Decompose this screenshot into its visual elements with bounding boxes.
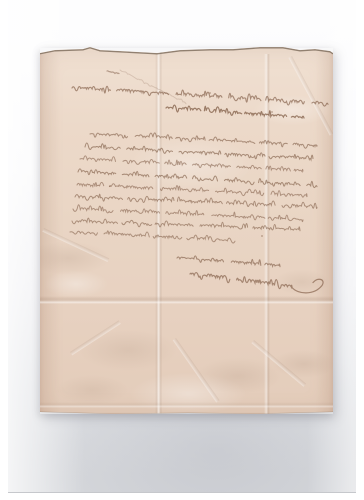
handwriting-line-signature [190,273,323,293]
handwriting-line-body [72,218,300,231]
handwriting-line-stray-dash [107,71,119,74]
handwriting-line-body [78,169,317,188]
handwriting-line-closing [177,256,280,267]
handwriting-line-body [73,205,303,222]
page-background: { "meta": { "artifact_description": "Pho… [0,0,364,500]
handwriting-line-body [90,133,317,148]
handwriting-line-body [70,231,235,243]
letter-photograph [8,0,356,493]
letter-paper [40,46,333,416]
ink-dot [109,185,111,187]
ink-dot [209,92,211,94]
handwriting-line-address [72,86,328,106]
handwriting-line-body [75,194,317,208]
handwriting-line-body [85,143,313,160]
ink-dot [261,235,263,237]
ink-dot [271,111,273,113]
handwriting-line-flourish-stroke [120,70,186,104]
handwriting-layer [40,46,333,416]
handwriting-line-dateline [166,105,304,118]
